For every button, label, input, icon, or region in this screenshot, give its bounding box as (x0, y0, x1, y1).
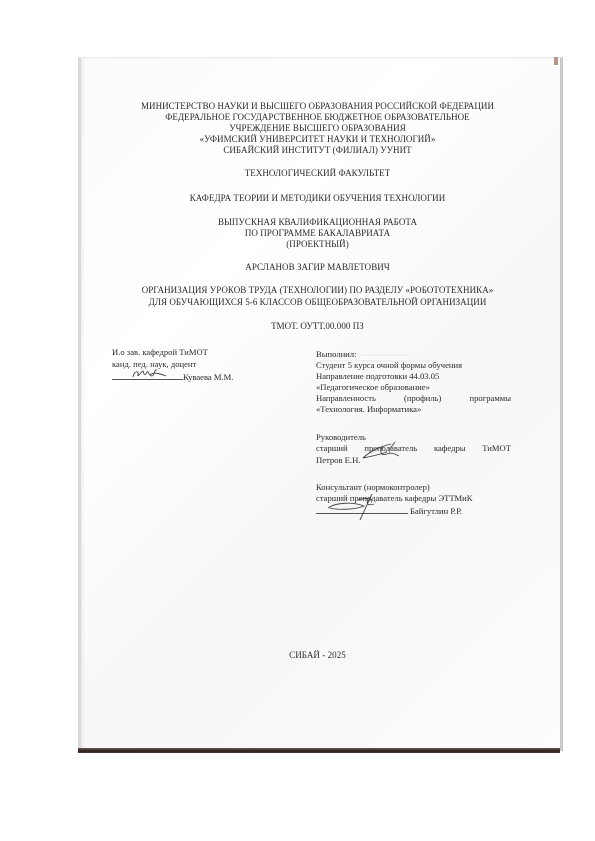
signature-icon (324, 492, 394, 522)
word: программы (470, 393, 511, 404)
performer-line-3: «Педагогическое образование» (316, 382, 430, 393)
signature-icon (361, 440, 411, 464)
supervisor-label: Руководитель (316, 432, 366, 443)
performer-line-5: «Технология. Информатика» (316, 404, 421, 415)
word: ТиМОТ (482, 443, 511, 454)
page-corner-mark (554, 57, 558, 65)
word: Направленность (316, 393, 376, 404)
word: (профиль) (404, 393, 441, 404)
page-bottom-edge (78, 748, 560, 753)
supervisor-position: старший преподаватель кафедры ТиМОТ (316, 443, 511, 454)
consultant-signature-row: Байгутлин Р.Р. (316, 504, 462, 517)
performer-label: Выполнил: (316, 349, 356, 360)
word: кафедры (434, 443, 466, 454)
branch-name: СИБАЙСКИЙ ИНСТИТУТ (ФИЛИАЛ) УУНИТ (78, 145, 557, 156)
supervisor-name: Петров Е.Н. (316, 455, 360, 465)
ministry-line: МИНИСТЕРСТВО НАУКИ И ВЫСШЕГО ОБРАЗОВАНИЯ… (78, 101, 557, 112)
performer-line-2: Направление подготовки 44.03.05 (316, 371, 439, 382)
department: КАФЕДРА ТЕОРИИ И МЕТОДИКИ ОБУЧЕНИЯ ТЕХНО… (78, 193, 557, 204)
consultant-name: Байгутлин Р.Р. (410, 506, 462, 516)
word: старший (316, 443, 348, 454)
work-type-line-3: (ПРОЕКТНЫЙ) (78, 239, 557, 250)
author-name: АРСЛАНОВ ЗАГИР МАВЛЕТОВИЧ (78, 262, 557, 273)
university-name: «УФИМСКИЙ УНИВЕРСИТЕТ НАУКИ И ТЕХНОЛОГИЙ… (78, 134, 557, 145)
institution-line-1: ФЕДЕРАЛЬНОЕ ГОСУДАРСТВЕННОЕ БЮДЖЕТНОЕ ОБ… (78, 112, 557, 123)
performer-line-1: Студент 5 курса очной формы обучения (316, 360, 462, 371)
performer-line-4: Направленность (профиль) программы (316, 393, 511, 404)
city-year: СИБАЙ - 2025 (78, 650, 557, 661)
thesis-title-line-2: ДЛЯ ОБУЧАЮЩИХСЯ 5-6 КЛАССОВ ОБЩЕОБРАЗОВА… (78, 297, 557, 308)
signature-line (363, 454, 401, 463)
approval-signature-row: Куваева М.М. (112, 370, 233, 383)
signature-icon (130, 367, 170, 381)
faculty: ТЕХНОЛОГИЧЕСКИЙ ФАКУЛЬТЕТ (78, 168, 557, 179)
work-type-line-2: ПО ПРОГРАММЕ БАКАЛАВРИАТА (78, 228, 557, 239)
work-type-line-1: ВЫПУСКНАЯ КВАЛИФИКАЦИОННАЯ РАБОТА (78, 217, 557, 228)
supervisor-signature-row: Петров Е.Н. (316, 454, 401, 466)
thesis-title-line-1: ОРГАНИЗАЦИЯ УРОКОВ ТРУДА (ТЕХНОЛОГИИ) ПО… (78, 285, 557, 296)
institution-line-2: УЧРЕЖДЕНИЕ ВЫСШЕГО ОБРАЗОВАНИЯ (78, 123, 557, 134)
approval-role: И.о зав. кафедрой ТиМОТ (112, 347, 208, 358)
document-code: ТМОТ. ОУТТ.00.000 ПЗ (78, 321, 557, 332)
approval-name: Куваева М.М. (183, 372, 233, 382)
signature-line (316, 504, 408, 514)
signature-line (112, 370, 183, 380)
